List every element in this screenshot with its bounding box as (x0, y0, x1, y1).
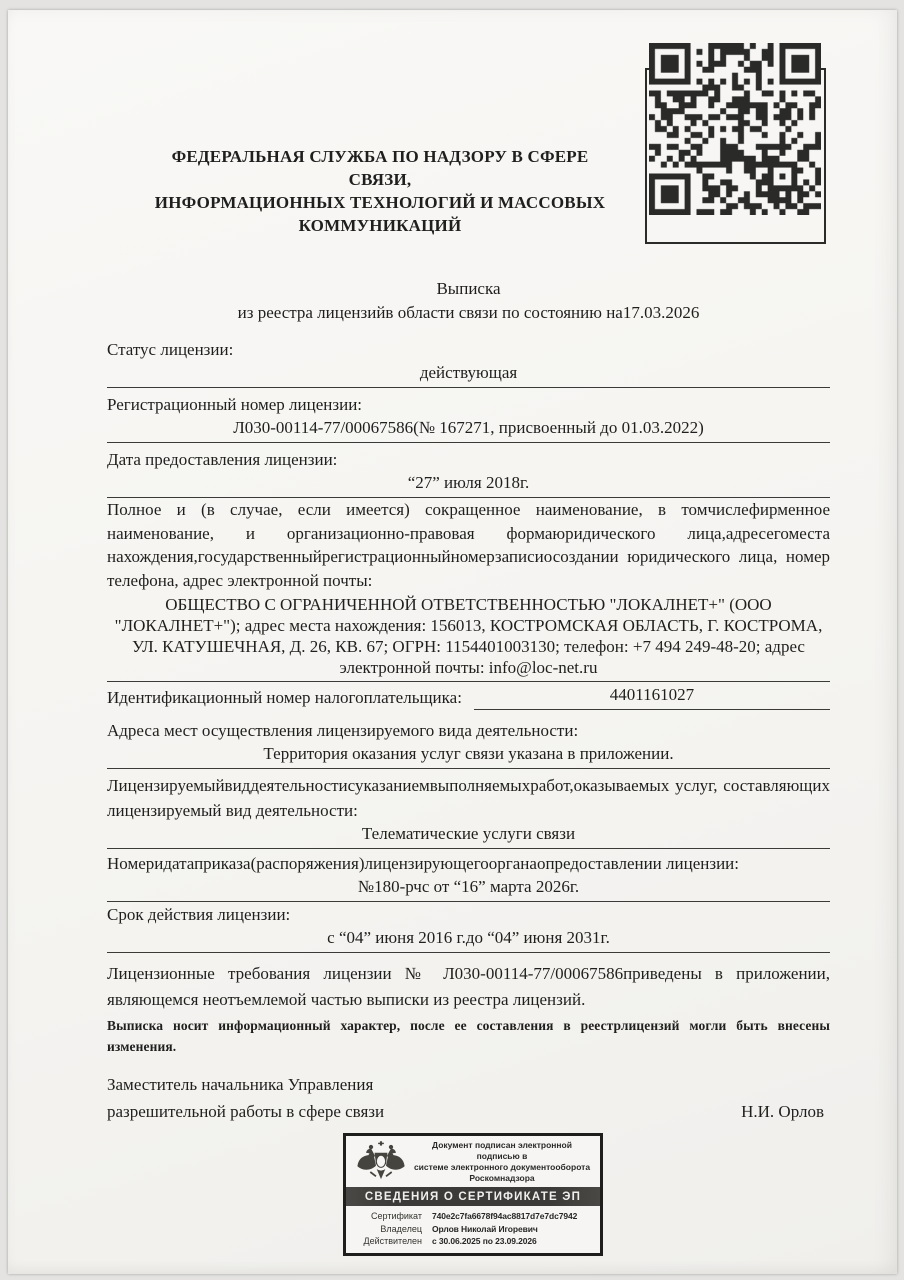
licensed-activity-value: Телематические услуги связи (107, 823, 830, 849)
grant-date-label: Дата предоставления лицензии: (107, 447, 830, 472)
inn-label: Идентификационный номер налогоплательщик… (107, 685, 462, 710)
scanned-document: { "header": { "line1": "ФЕДЕРАЛЬНАЯ СЛУЖ… (0, 0, 904, 1280)
signer-position: Заместитель начальника Управления разреш… (107, 1071, 384, 1125)
activity-addresses-value: Территория оказания услуг связи указана … (107, 743, 830, 769)
authority-line: КОММУНИКАЦИЙ (140, 214, 620, 237)
stamp-caption-line: системе электронного документооборота (410, 1162, 594, 1173)
signature-block: Заместитель начальника Управления разреш… (107, 1071, 830, 1125)
order-number-label: Номеридатаприказа(распоряжения)лицензиру… (107, 851, 830, 876)
electronic-signature-stamp: Документ подписан электронной подписью в… (343, 1133, 603, 1256)
licensee-info-value: ОБЩЕСТВО С ОГРАНИЧЕННОЙ ОТВЕТСТВЕННОСТЬЮ… (107, 592, 830, 682)
certificate-details: Сертификат 740e2c7fa6678f94ac8817d7e7dc7… (346, 1206, 600, 1253)
registration-number-value: Л030-00114-77/00067586(№ 167271, присвое… (107, 417, 830, 443)
owner-label: Владелец (348, 1223, 432, 1236)
stamp-caption-line: Документ подписан электронной подписью в (410, 1140, 594, 1162)
license-status-label: Статус лицензии: (107, 337, 830, 362)
field-licensee-info: Полное и (в случае, если имеется) сокращ… (107, 498, 830, 682)
stamp-caption: Документ подписан электронной подписью в… (406, 1140, 594, 1184)
field-grant-date: Дата предоставления лицензии: “27” июля … (107, 447, 830, 498)
registration-number-label: Регистрационный номер лицензии: (107, 392, 830, 417)
validity-label: Действителен (348, 1235, 432, 1248)
licensed-activity-label: Лицензируемыйвиддеятельностисуказаниемвы… (107, 773, 830, 823)
license-requirements-note: Лицензионные требования лицензии № Л030-… (107, 961, 830, 1013)
field-order-number: Номеридатаприказа(распоряжения)лицензиру… (107, 851, 830, 902)
owner-row: Владелец Орлов Николай Игоревич (348, 1223, 594, 1236)
licensee-info-label: Полное и (в случае, если имеется) сокращ… (107, 498, 830, 592)
document-body: ФЕДЕРАЛЬНАЯ СЛУЖБА ПО НАДЗОРУ В СФЕРЕ СВ… (107, 10, 830, 1256)
field-registration-number: Регистрационный номер лицензии: Л030-001… (107, 392, 830, 443)
order-number-value: №180-рчс от “16” марта 2026г. (107, 876, 830, 902)
validity-period-label: Срок действия лицензии: (107, 902, 830, 927)
license-fields: Статус лицензии: действующая Регистрацио… (107, 337, 830, 953)
field-activity-addresses: Адреса мест осуществления лицензируемого… (107, 718, 830, 769)
certificate-info-band: СВЕДЕНИЯ О СЕРТИФИКАТЕ ЭП (346, 1187, 600, 1206)
inn-value: 4401161027 (474, 684, 830, 710)
authority-line: ФЕДЕРАЛЬНАЯ СЛУЖБА ПО НАДЗОРУ В СФЕРЕ СВ… (140, 145, 620, 191)
certificate-label: Сертификат (348, 1210, 432, 1223)
document-page: ФЕДЕРАЛЬНАЯ СЛУЖБА ПО НАДЗОРУ В СФЕРЕ СВ… (8, 10, 897, 1274)
signer-position-line: Заместитель начальника Управления (107, 1071, 384, 1098)
informational-disclaimer: Выписка носит информационный характер, п… (107, 1015, 830, 1057)
title-line: Выписка (107, 277, 830, 301)
document-title: Выписка из реестра лицензийв области свя… (107, 277, 830, 325)
validity-value: с 30.06.2025 по 23.09.2026 (432, 1235, 537, 1248)
grant-date-value: “27” июля 2018г. (107, 472, 830, 498)
title-subline: из реестра лицензийв области связи по со… (107, 301, 830, 325)
issuing-authority-name: ФЕДЕРАЛЬНАЯ СЛУЖБА ПО НАДЗОРУ В СФЕРЕ СВ… (140, 145, 620, 237)
certificate-row: Сертификат 740e2c7fa6678f94ac8817d7e7dc7… (348, 1210, 594, 1223)
field-license-status: Статус лицензии: действующая (107, 337, 830, 388)
field-inn: Идентификационный номер налогоплательщик… (107, 684, 830, 710)
stamp-caption-line: Роскомнадзора (410, 1173, 594, 1184)
double-headed-eagle-icon (356, 1140, 406, 1184)
stamp-header: Документ подписан электронной подписью в… (346, 1136, 600, 1187)
validity-row: Действителен с 30.06.2025 по 23.09.2026 (348, 1235, 594, 1248)
validity-period-value: с “04” июня 2016 г.до “04” июня 2031г. (107, 927, 830, 953)
signer-position-line: разрешительной работы в сфере связи (107, 1098, 384, 1125)
activity-addresses-label: Адреса мест осуществления лицензируемого… (107, 718, 830, 743)
owner-value: Орлов Николай Игоревич (432, 1223, 538, 1236)
signer-name: Н.И. Орлов (741, 1098, 830, 1125)
license-status-value: действующая (107, 362, 830, 388)
field-licensed-activity: Лицензируемыйвиддеятельностисуказаниемвы… (107, 773, 830, 849)
authority-line: ИНФОРМАЦИОННЫХ ТЕХНОЛОГИЙ И МАССОВЫХ (140, 191, 620, 214)
field-validity-period: Срок действия лицензии: с “04” июня 2016… (107, 902, 830, 953)
certificate-value: 740e2c7fa6678f94ac8817d7e7dc7942 (432, 1210, 577, 1223)
